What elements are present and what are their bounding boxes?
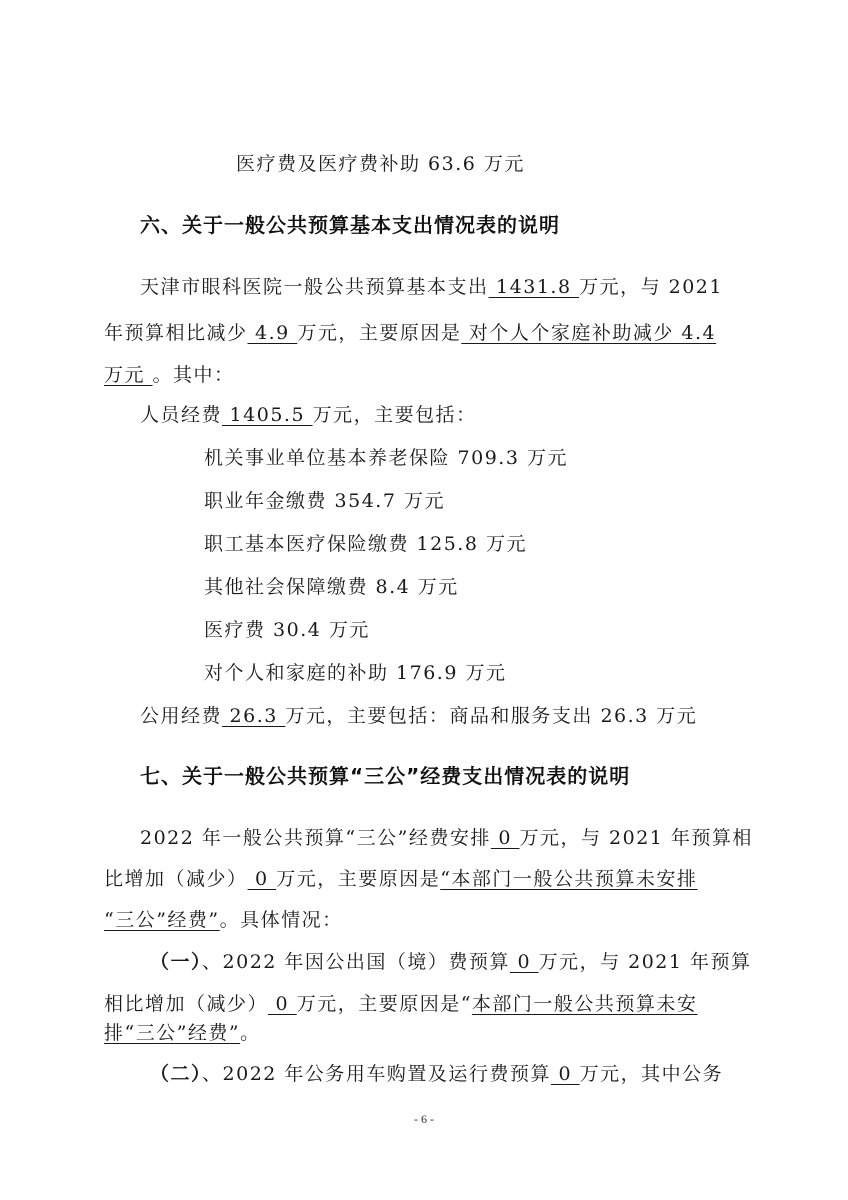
vehicle-amount: 0 bbox=[551, 1063, 580, 1085]
overseas-change-amount: 0 bbox=[268, 993, 297, 1015]
change-amount: 0 bbox=[248, 868, 277, 890]
text: 万元，主要原因是 bbox=[297, 322, 461, 344]
personnel-label: 人员经费 bbox=[140, 404, 222, 426]
text: 万元，主要原因是 bbox=[276, 868, 440, 890]
decrease-reason: 对个人个家庭补助减少 4.4 bbox=[461, 322, 716, 344]
item-1-line-1: （一）、2022 年因公出国（境）费预算 0 万元，与 2021 年预算 bbox=[150, 949, 752, 975]
text: 天津市眼科医院一般公共预算基本支出 bbox=[140, 276, 489, 298]
personnel-item: 医疗费 30.4 万元 bbox=[204, 617, 370, 643]
personnel-item: 对个人和家庭的补助 176.9 万元 bbox=[204, 660, 506, 686]
text: 万元，与 2021 年预算相 bbox=[520, 827, 753, 849]
overseas-reason-cont: 排“三公”经费” bbox=[104, 1022, 240, 1044]
personnel-item: 其他社会保障缴费 8.4 万元 bbox=[204, 574, 459, 600]
item-1-label: （一） bbox=[150, 951, 202, 973]
text: 2022 年一般公共预算“三公”经费安排 bbox=[140, 827, 491, 849]
overseas-reason: 本部门一般公共预算未安 bbox=[472, 993, 698, 1015]
text: 年预算相比减少 bbox=[104, 322, 248, 344]
text: 、2022 年因公出国（境）费预算 bbox=[202, 951, 510, 973]
change-reason-cont: “三公”经费” bbox=[104, 909, 220, 931]
page-number: - 6 - bbox=[0, 1112, 848, 1127]
section-7-para-line-3: “三公”经费”。具体情况： bbox=[104, 907, 343, 933]
three-public-amount: 0 bbox=[491, 827, 520, 849]
personnel-item: 职业年金缴费 354.7 万元 bbox=[204, 488, 445, 514]
item-1-line-2: 相比增加（减少） 0 万元，主要原因是“本部门一般公共预算未安 bbox=[104, 991, 697, 1017]
item-2-label: （二） bbox=[150, 1063, 202, 1085]
personnel-item: 职工基本医疗保险缴费 125.8 万元 bbox=[204, 531, 527, 557]
text: 相比增加（减少） bbox=[104, 993, 268, 1015]
item-1-line-3: 排“三公”经费”。 bbox=[104, 1020, 261, 1046]
public-amount: 26.3 bbox=[222, 705, 285, 727]
item-2-line-1: （二）、2022 年公务用车购置及运行费预算 0 万元，其中公务 bbox=[150, 1061, 723, 1087]
text: 。具体情况： bbox=[220, 909, 343, 931]
personnel-item: 机关事业单位基本养老保险 709.3 万元 bbox=[204, 445, 568, 471]
text: 万元，与 2021 bbox=[579, 276, 723, 298]
personnel-expense-line: 人员经费 1405.5 万元，主要包括： bbox=[140, 402, 477, 428]
section-7-para-line-1: 2022 年一般公共预算“三公”经费安排 0 万元，与 2021 年预算相 bbox=[140, 825, 753, 851]
decrease-reason-cont: 万元 bbox=[104, 364, 153, 386]
text: 万元，主要包括： bbox=[313, 404, 477, 426]
section-6-para-line-2: 年预算相比减少 4.9 万元，主要原因是 对个人个家庭补助减少 4.4 bbox=[104, 320, 716, 346]
public-expense-line: 公用经费 26.3 万元，主要包括：商品和服务支出 26.3 万元 bbox=[140, 703, 697, 729]
text: 。其中： bbox=[153, 364, 235, 386]
change-reason: “本部门一般公共预算未安排 bbox=[440, 868, 697, 890]
decrease-amount: 4.9 bbox=[248, 322, 298, 344]
text: 比增加（减少） bbox=[104, 868, 248, 890]
document-page: 医疗费及医疗费补助 63.6 万元 六、关于一般公共预算基本支出情况表的说明 天… bbox=[0, 0, 848, 1200]
basic-expenditure-amount: 1431.8 bbox=[489, 276, 580, 298]
section-6-heading: 六、关于一般公共预算基本支出情况表的说明 bbox=[140, 212, 560, 238]
text: 万元，主要原因是“ bbox=[297, 993, 472, 1015]
section-7-heading: 七、关于一般公共预算“三公”经费支出情况表的说明 bbox=[140, 763, 630, 789]
text: 万元，其中公务 bbox=[580, 1063, 724, 1085]
text: 。 bbox=[240, 1022, 261, 1044]
personnel-amount: 1405.5 bbox=[222, 404, 313, 426]
section-6-para-line-3: 万元 。其中： bbox=[104, 362, 235, 388]
text: 、2022 年公务用车购置及运行费预算 bbox=[202, 1063, 551, 1085]
carryover-line: 医疗费及医疗费补助 63.6 万元 bbox=[236, 151, 525, 177]
section-7-para-line-2: 比增加（减少） 0 万元，主要原因是“本部门一般公共预算未安排 bbox=[104, 866, 697, 892]
overseas-amount: 0 bbox=[510, 951, 539, 973]
public-label: 公用经费 bbox=[140, 705, 222, 727]
text: 万元，主要包括：商品和服务支出 26.3 万元 bbox=[285, 705, 697, 727]
section-6-para-line-1: 天津市眼科医院一般公共预算基本支出 1431.8 万元，与 2021 bbox=[140, 274, 723, 300]
text: 万元，与 2021 年预算 bbox=[539, 951, 752, 973]
